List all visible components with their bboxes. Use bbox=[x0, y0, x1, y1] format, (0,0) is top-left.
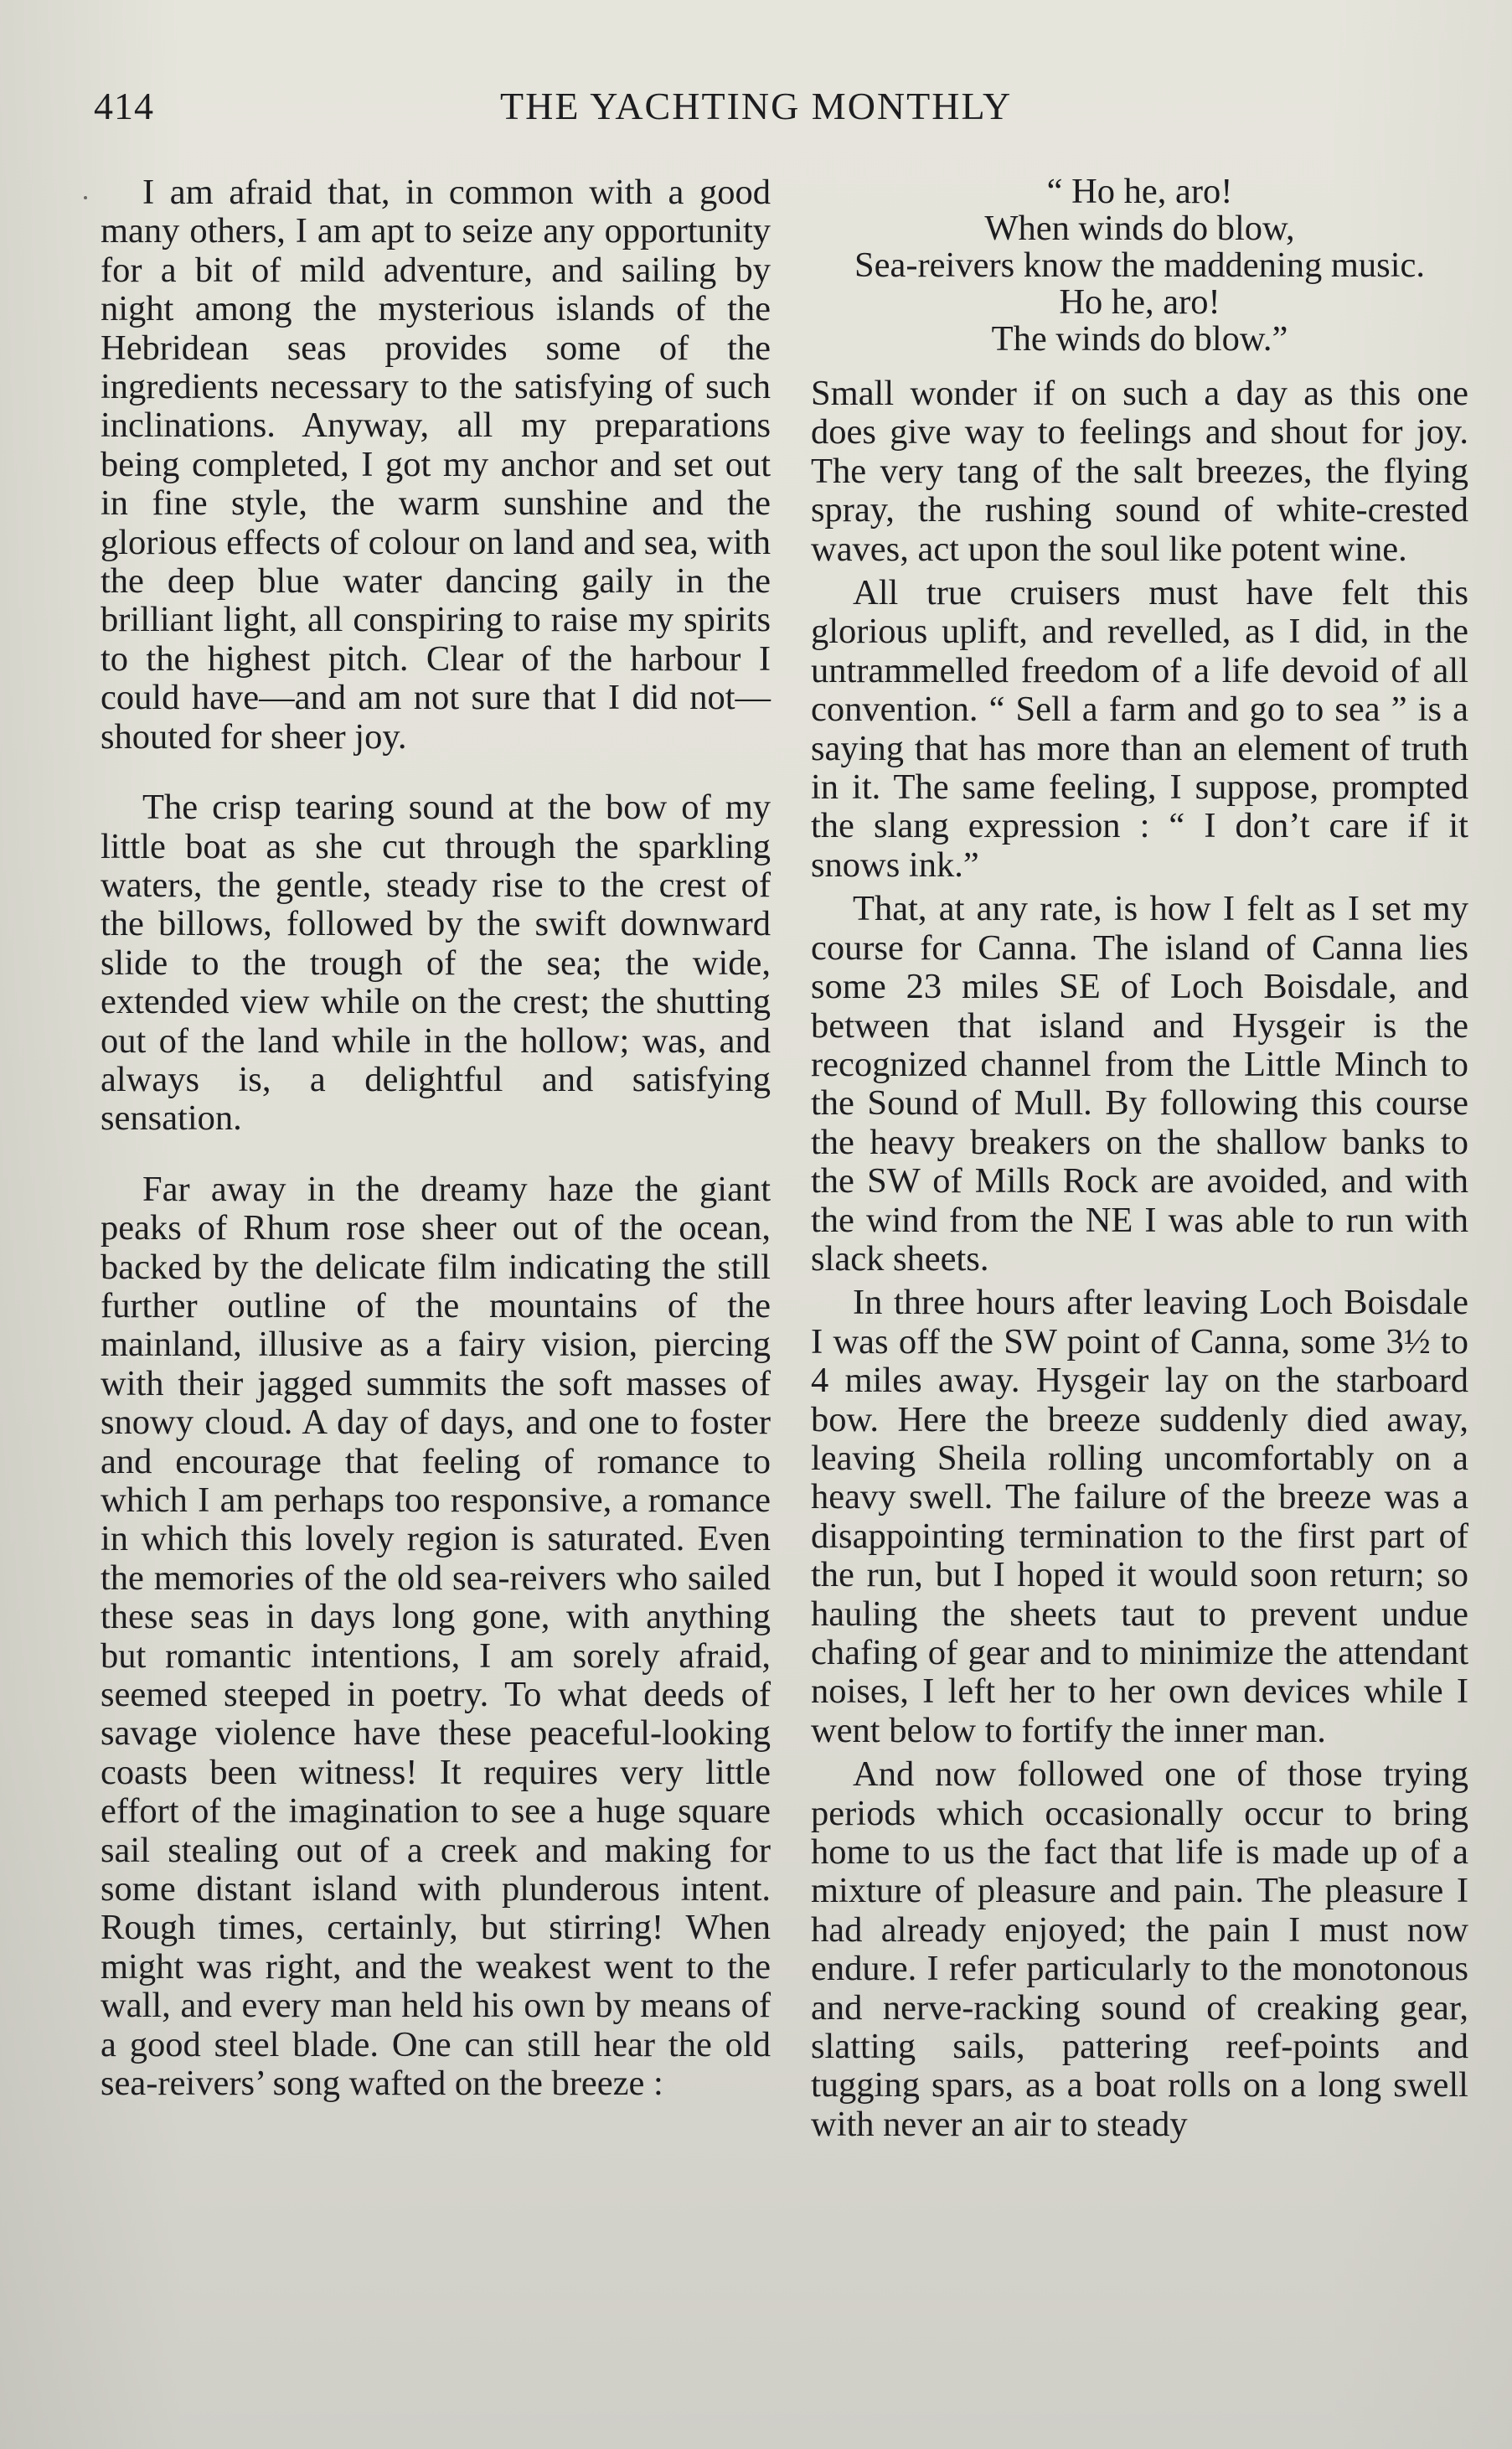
paragraph-small-wonder: Small wonder if on such a day as this on… bbox=[811, 375, 1468, 569]
running-head: 414 THE YACHTING MONTHLY bbox=[94, 84, 1468, 134]
verse-line: When winds do blow, bbox=[811, 210, 1468, 247]
paragraph-crisp-tearing-sound: The crisp tearing sound at the bow of my… bbox=[101, 788, 771, 1139]
paragraph-trying-periods: And now followed one of those try­ing pe… bbox=[811, 1755, 1468, 2144]
margin-speck bbox=[84, 196, 87, 199]
paragraph-far-away: Far away in the dreamy haze the giant pe… bbox=[101, 1170, 771, 2104]
sea-reivers-song: “ Ho he, aro! When winds do blow, Sea-re… bbox=[811, 173, 1468, 358]
page-number: 414 bbox=[94, 84, 154, 128]
paragraph-three-hours: In three hours after leaving Loch Boisda… bbox=[811, 1284, 1468, 1750]
paragraph-course-for-canna: That, at any rate, is how I felt as I se… bbox=[811, 890, 1468, 1279]
verse-line: “ Ho he, aro! bbox=[811, 173, 1468, 210]
verse-line: Sea-reivers know the maddening music. bbox=[811, 247, 1468, 284]
journal-title: THE YACHTING MONTHLY bbox=[500, 84, 1012, 128]
paragraph-intro: I am afraid that, in common with a good … bbox=[101, 173, 771, 757]
left-column: I am afraid that, in common with a good … bbox=[101, 173, 771, 2104]
right-column: “ Ho he, aro! When winds do blow, Sea-re… bbox=[811, 173, 1468, 2144]
verse-line: The winds do blow.” bbox=[811, 321, 1468, 358]
paragraph-true-cruisers: All true cruisers must have felt this gl… bbox=[811, 574, 1468, 885]
verse-line: Ho he, aro! bbox=[811, 284, 1468, 321]
